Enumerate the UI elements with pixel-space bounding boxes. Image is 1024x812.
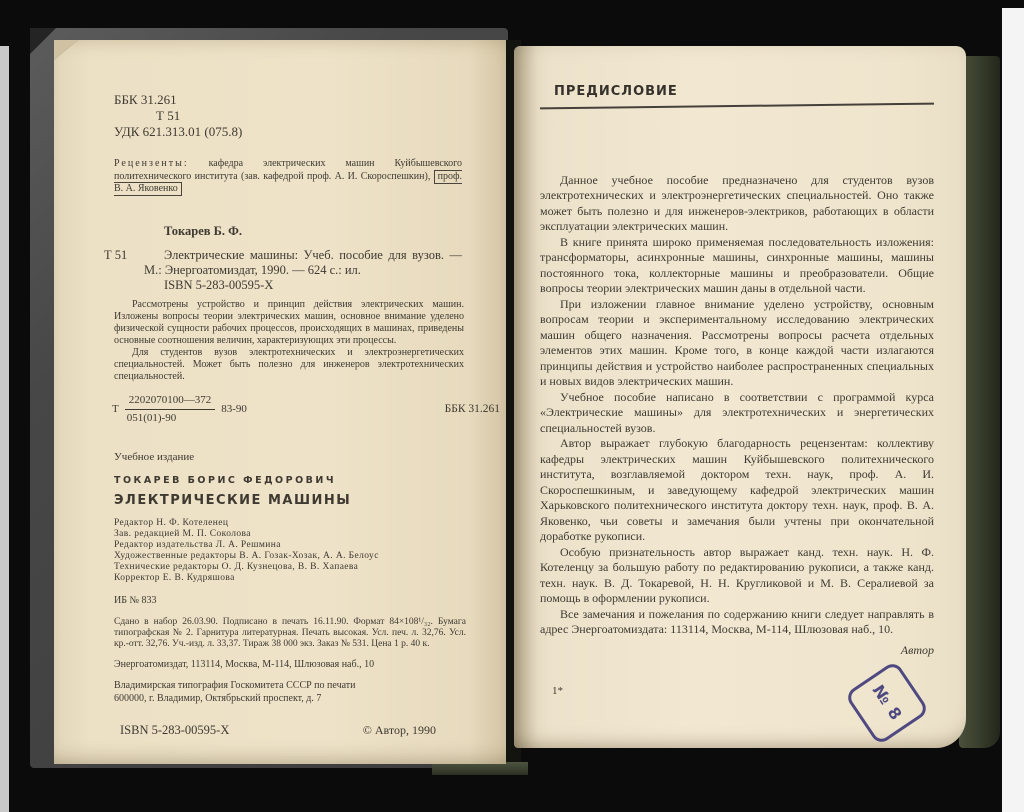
scanner-edge-strip-left: [0, 46, 9, 812]
classification-block: ББК 31.261 Т 51 УДК 621.313.01 (075.8): [114, 92, 466, 140]
entry-text: Электрические машины: Учеб. пособие для …: [144, 248, 462, 278]
catalog-formula: Т 2202070100—372 051(01)-90 83-90 ББК 31…: [112, 393, 504, 426]
preface-body: Данное учебное пособие предназначено для…: [540, 173, 934, 638]
paragraph: Учебное пособие написано в соответствии …: [540, 390, 934, 437]
paragraph: Особую признательность автор выражает ка…: [540, 545, 934, 607]
imprint-block: Сдано в набор 26.03.90. Подписано в печа…: [114, 617, 466, 650]
page-dogear-fold: [54, 40, 78, 60]
printing-house-line: 600000, г. Владимир, Октябрьский проспек…: [114, 692, 466, 705]
footer-copyright: © Автор, 1990: [363, 723, 436, 738]
printing-house-line: Владимирская типография Госкомитета СССР…: [114, 679, 466, 692]
credit-line: Редактор издательства Л. А. Решмина: [114, 540, 466, 551]
heading-rule: [540, 102, 934, 109]
entry-isbn: ISBN 5-283-00595-X: [164, 278, 466, 293]
annotation-paragraph: Рассмотрены устройство и принцип действи…: [114, 299, 464, 347]
bbk-line: ББК 31.261: [114, 92, 466, 108]
credit-line: Редактор Н. Ф. Котеленец: [114, 518, 466, 529]
paragraph: Все замечания и пожелания по содержанию …: [540, 607, 934, 638]
entry-code: Т 51: [104, 248, 127, 263]
scanned-book-spread: ББК 31.261 Т 51 УДК 621.313.01 (075.8) Р…: [0, 0, 1024, 812]
right-page: ПРЕДИСЛОВИЕ Данное учебное пособие предн…: [514, 46, 966, 748]
left-page: ББК 31.261 Т 51 УДК 621.313.01 (075.8) Р…: [54, 40, 506, 764]
annotation-paragraph: Для студентов вузов электротехнических и…: [114, 347, 464, 383]
paragraph: В книге принята широко применяемая после…: [540, 235, 934, 297]
credit-line: Зав. редакцией М. П. Соколова: [114, 529, 466, 540]
library-number-stamp: № 8: [844, 660, 930, 746]
cover-corner-fold: [30, 28, 56, 54]
formula-numerator: 2202070100—372: [125, 393, 216, 410]
ib-number: ИБ № 833: [114, 593, 466, 608]
formula-denominator: 051(01)-90: [125, 410, 216, 426]
edition-author-caps: ТОКАРЕВ БОРИС ФЕДОРОВИЧ: [114, 473, 466, 488]
udk-line: УДК 621.313.01 (075.8): [114, 124, 466, 140]
stamp-text: № 8: [870, 683, 905, 724]
printing-house-block: Владимирская типография Госкомитета СССР…: [114, 679, 466, 705]
bibliographic-entry: Т 51 Электрические машины: Учеб. пособие…: [112, 248, 466, 293]
formula-fraction: 2202070100—372 051(01)-90: [125, 393, 216, 426]
author-signature: Автор: [540, 643, 942, 659]
formula-prefix: Т: [112, 402, 119, 417]
imprint-text: Сдано в набор 26.03.90. Подписано в печа…: [114, 617, 466, 650]
editorial-credits: Редактор Н. Ф. Котеленец Зав. редакцией …: [114, 518, 466, 584]
left-page-footer: ISBN 5-283-00595-X © Автор, 1990: [112, 723, 466, 738]
reviewers-block: Рецензенты: кафедра электрических машин …: [114, 158, 462, 196]
author-name: Токарев Б. Ф.: [164, 224, 466, 239]
paragraph: Автор выражает глубокую благодарность ре…: [540, 436, 934, 545]
t-code-line: Т 51: [156, 108, 466, 124]
paragraph: При изложении главное внимание уделено у…: [540, 297, 934, 390]
annotation-block: Рассмотрены устройство и принцип действи…: [114, 299, 464, 383]
credit-line: Художественные редакторы В. А. Гозак-Хоз…: [114, 551, 466, 562]
edition-title-caps: ЭЛЕКТРИЧЕСКИЕ МАШИНЫ: [114, 493, 466, 508]
credit-line: Технические редакторы О. Д. Кузнецова, В…: [114, 562, 466, 573]
preface-heading: ПРЕДИСЛОВИЕ: [554, 84, 934, 100]
footer-isbn: ISBN 5-283-00595-X: [120, 723, 229, 738]
edition-type-label: Учебное издание: [114, 450, 466, 465]
formula-bbk: ББК 31.261: [445, 402, 500, 417]
formula-suffix: 83-90: [221, 402, 247, 417]
paragraph: Данное учебное пособие предназначено для…: [540, 173, 934, 235]
scanner-edge-strip-right: [1002, 8, 1024, 812]
credit-line: Корректор Е. В. Кудряшова: [114, 573, 466, 584]
publisher-address: Энергоатомиздат, 113114, Москва, М-114, …: [114, 657, 466, 672]
reviewers-label: Рецензенты:: [114, 158, 189, 169]
